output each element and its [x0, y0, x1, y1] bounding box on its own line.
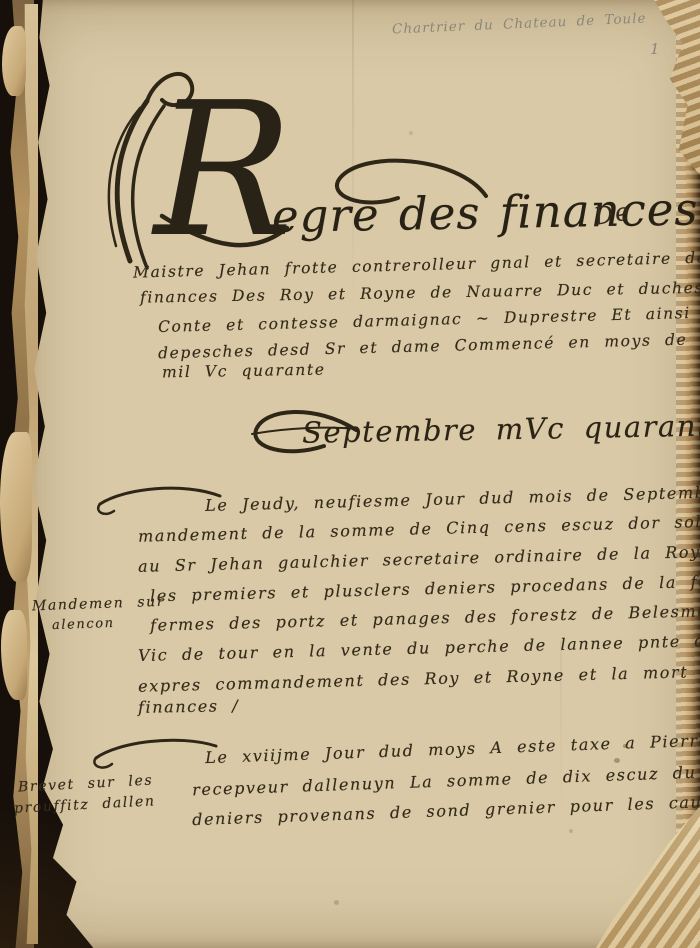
pencil-page-number: 1: [650, 40, 661, 58]
entry-line: finances /: [138, 696, 240, 717]
svg-text:R: R: [151, 62, 293, 276]
decorated-initial: R: [92, 56, 307, 276]
under-page-tab: [2, 26, 26, 96]
section-heading: Septembre mVc quarante: [302, 408, 700, 449]
stain-speck: [409, 131, 413, 135]
stain-speck: [334, 900, 339, 905]
preamble-line: mil Vc quarante: [162, 361, 326, 382]
stain-speck: [614, 758, 620, 763]
page-title: egre des finances·: [272, 182, 700, 243]
entry-lead-swash: [90, 730, 220, 774]
manuscript-photo: Chartrier du Chateau de Toule 1 R egre d…: [0, 0, 700, 948]
under-page-tab: [0, 432, 32, 582]
margin-note: alencon: [52, 616, 115, 633]
stain-speck: [569, 829, 573, 833]
under-page-tab: [1, 610, 27, 700]
